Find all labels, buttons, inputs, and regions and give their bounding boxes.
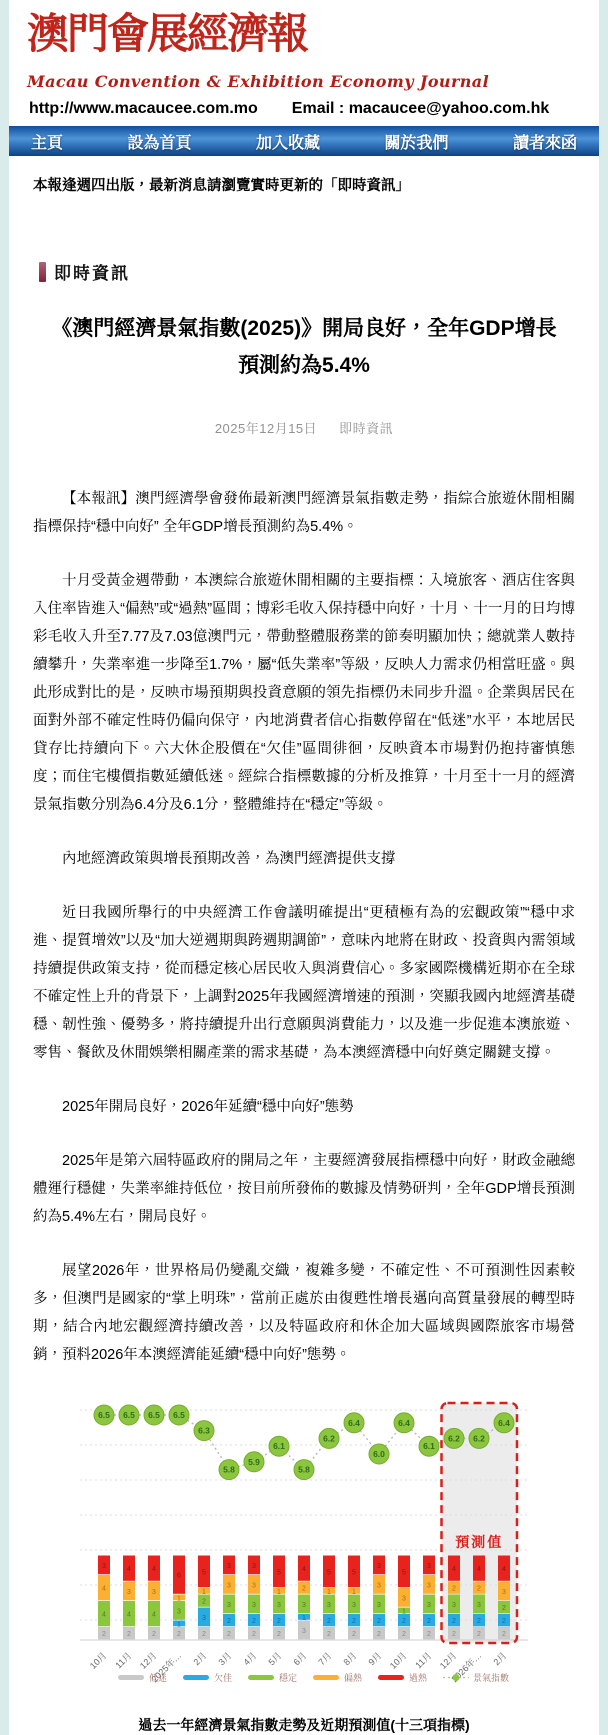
article-paragraph: 2025年是第六屆特區政府的開局之年，主要經濟發展指標穩中向好，財政金融總體運行…: [33, 1147, 575, 1231]
svg-text:2: 2: [452, 1586, 456, 1593]
svg-text:2: 2: [477, 1631, 481, 1638]
trend-chart-svg: 2443243424342131623215223332233322315313…: [59, 1395, 549, 1693]
svg-text:11月: 11月: [413, 1650, 433, 1670]
svg-text:3: 3: [502, 1589, 506, 1596]
svg-text:3月: 3月: [216, 1650, 233, 1667]
svg-text:2: 2: [502, 1605, 506, 1612]
svg-text:9月: 9月: [366, 1650, 383, 1667]
section-title: 即時資訊: [54, 259, 130, 284]
svg-text:4: 4: [452, 1566, 456, 1573]
svg-text:2: 2: [202, 1599, 206, 1606]
svg-text:3: 3: [252, 1582, 256, 1589]
svg-text:2: 2: [477, 1618, 481, 1625]
contact-line: http://www.macaucee.com.mo Email : macau…: [27, 91, 581, 126]
svg-text:10月: 10月: [388, 1650, 409, 1671]
article-paragraph: 內地經濟政策與增長預期改善，為澳門經濟提供支撐: [33, 845, 575, 873]
article-date: 2025年12月15日: [215, 418, 317, 437]
publication-notice: 本報逢週四出版，最新消息請瀏覽實時更新的「即時資訊」: [33, 174, 575, 195]
svg-text:5.8: 5.8: [223, 1465, 235, 1475]
svg-text:景氣指數: 景氣指數: [473, 1672, 509, 1683]
nav-item-home[interactable]: 主頁: [31, 130, 63, 153]
svg-text:6.4: 6.4: [398, 1418, 410, 1428]
svg-text:5: 5: [327, 1569, 331, 1576]
svg-text:2: 2: [377, 1618, 381, 1625]
svg-text:2: 2: [452, 1631, 456, 1638]
svg-text:1: 1: [177, 1595, 181, 1602]
svg-text:4: 4: [152, 1566, 156, 1573]
svg-text:6.5: 6.5: [148, 1410, 160, 1420]
svg-text:2: 2: [202, 1631, 206, 1638]
article-meta: 2025年12月15日 即時資訊: [9, 418, 599, 437]
article-paragraph: 近日我國所舉行的中央經濟工作會議明確提出“更積極有為的宏觀政策”“穩中求進、提質…: [33, 899, 575, 1067]
article-paragraph: 十月受黃金週帶動，本澳綜合旅遊休閒相關的主要指標：入境旅客、酒店住客與入住率皆進…: [33, 567, 575, 819]
svg-text:4: 4: [152, 1612, 156, 1619]
svg-text:2: 2: [402, 1618, 406, 1625]
svg-text:3: 3: [152, 1589, 156, 1596]
svg-text:4: 4: [102, 1586, 106, 1593]
svg-text:2月: 2月: [491, 1650, 508, 1667]
svg-text:2: 2: [402, 1631, 406, 1638]
svg-text:1: 1: [177, 1621, 181, 1628]
svg-text:6.2: 6.2: [323, 1433, 335, 1443]
journal-logo-english: Macau Convention & Exhibition Economy Jo…: [27, 72, 581, 91]
svg-text:2: 2: [327, 1631, 331, 1638]
svg-text:4月: 4月: [241, 1650, 258, 1667]
svg-text:1: 1: [202, 1589, 206, 1596]
svg-text:3: 3: [102, 1563, 106, 1570]
svg-text:5.8: 5.8: [298, 1465, 310, 1475]
svg-text:3: 3: [127, 1589, 131, 1596]
svg-text:2: 2: [427, 1631, 431, 1638]
svg-text:12月: 12月: [138, 1650, 159, 1671]
svg-text:6.1: 6.1: [273, 1441, 285, 1451]
svg-text:6.5: 6.5: [173, 1410, 185, 1420]
svg-text:1: 1: [402, 1608, 406, 1615]
article-body: 【本報訊】澳門經濟學會發佈最新澳門經濟景氣指數走勢，指綜合旅遊休閒相關指標保持“…: [33, 485, 575, 1369]
svg-text:3: 3: [377, 1582, 381, 1589]
svg-text:1: 1: [327, 1589, 331, 1596]
svg-text:5: 5: [202, 1569, 206, 1576]
svg-text:6.1: 6.1: [423, 1441, 435, 1451]
article-paragraph: 2025年開局良好，2026年延續“穩中向好”態勢: [33, 1093, 575, 1121]
svg-text:3: 3: [427, 1582, 431, 1589]
svg-text:2: 2: [477, 1586, 481, 1593]
trend-chart: 2443243424342131623215223332233322315313…: [54, 1395, 554, 1735]
svg-text:3: 3: [302, 1628, 306, 1635]
svg-text:4: 4: [477, 1566, 481, 1573]
svg-text:3: 3: [252, 1602, 256, 1609]
svg-text:2: 2: [177, 1631, 181, 1638]
svg-text:2: 2: [427, 1618, 431, 1625]
chart-caption: 過去一年經濟景氣指數走勢及近期預測值(十三項指標): [54, 1715, 554, 1735]
svg-text:2: 2: [152, 1631, 156, 1638]
svg-text:3: 3: [227, 1582, 231, 1589]
svg-text:3: 3: [452, 1602, 456, 1609]
nav-item-add-favorites[interactable]: 加入收藏: [256, 130, 320, 153]
svg-text:偏熱: 偏熱: [344, 1672, 363, 1683]
svg-text:3: 3: [427, 1602, 431, 1609]
svg-text:12月: 12月: [438, 1650, 459, 1671]
svg-text:2: 2: [377, 1631, 381, 1638]
svg-text:3: 3: [227, 1563, 231, 1570]
svg-text:3: 3: [402, 1595, 406, 1602]
svg-text:2: 2: [227, 1618, 231, 1625]
svg-text:5.9: 5.9: [248, 1457, 260, 1467]
svg-text:3: 3: [277, 1602, 281, 1609]
svg-text:6.3: 6.3: [198, 1426, 210, 1436]
section-marker-icon: [39, 262, 46, 282]
svg-text:2: 2: [502, 1618, 506, 1625]
svg-text:穩定: 穩定: [279, 1672, 297, 1683]
svg-text:6月: 6月: [291, 1650, 308, 1667]
svg-text:2: 2: [252, 1631, 256, 1638]
svg-text:6.4: 6.4: [348, 1418, 360, 1428]
svg-text:預測值: 預測值: [455, 1534, 503, 1550]
svg-text:3: 3: [202, 1615, 206, 1622]
svg-text:6.4: 6.4: [498, 1418, 510, 1428]
svg-text:2: 2: [277, 1631, 281, 1638]
nav-item-set-homepage[interactable]: 設為首頁: [127, 130, 191, 153]
svg-text:6.2: 6.2: [448, 1433, 460, 1443]
website-url: http://www.macaucee.com.mo: [29, 100, 258, 118]
svg-text:3: 3: [477, 1602, 481, 1609]
svg-text:3: 3: [427, 1563, 431, 1570]
nav-item-about-us[interactable]: 關於我們: [384, 130, 448, 153]
content-column: 澳門會展經濟報 澳門會展經濟報 Macau Convention & Exhib…: [9, 0, 599, 1735]
svg-text:6.0: 6.0: [373, 1449, 385, 1459]
svg-text:2: 2: [127, 1631, 131, 1638]
article-paragraph: 【本報訊】澳門經濟學會發佈最新澳門經濟景氣指數走勢，指綜合旅遊休閒相關指標保持“…: [33, 485, 575, 541]
svg-text:6.2: 6.2: [473, 1433, 485, 1443]
svg-text:2: 2: [352, 1631, 356, 1638]
svg-text:2: 2: [102, 1631, 106, 1638]
main-nav: 主頁 設為首頁 加入收藏 關於我們 讀者來函: [9, 126, 599, 156]
svg-text:3: 3: [377, 1563, 381, 1570]
svg-text:2: 2: [227, 1631, 231, 1638]
svg-text:8月: 8月: [341, 1650, 358, 1667]
svg-text:4: 4: [502, 1566, 506, 1573]
svg-text:2月: 2月: [191, 1650, 208, 1667]
svg-text:2: 2: [252, 1618, 256, 1625]
svg-text:1: 1: [277, 1589, 281, 1596]
svg-text:4: 4: [127, 1566, 131, 1573]
svg-text:5: 5: [402, 1569, 406, 1576]
journal-logo: 澳門會展經濟報: [27, 12, 581, 56]
svg-text:3: 3: [302, 1602, 306, 1609]
section-header: 即時資訊: [39, 259, 599, 284]
nav-item-reader-letters[interactable]: 讀者來函: [513, 130, 577, 153]
article-title: 《澳門經濟景氣指數(2025)》開局良好，全年GDP增長預測約為5.4%: [45, 310, 563, 384]
svg-text:1: 1: [302, 1615, 306, 1622]
masthead: 澳門會展經濟報 澳門會展經濟報 Macau Convention & Exhib…: [9, 0, 599, 126]
svg-text:4: 4: [127, 1612, 131, 1619]
svg-text:2: 2: [502, 1631, 506, 1638]
svg-text:2: 2: [277, 1618, 281, 1625]
svg-text:6.5: 6.5: [98, 1410, 110, 1420]
svg-text:6.5: 6.5: [123, 1410, 135, 1420]
svg-text:1: 1: [352, 1589, 356, 1596]
svg-text:3: 3: [252, 1563, 256, 1570]
page: 澳門會展經濟報 澳門會展經濟報 Macau Convention & Exhib…: [0, 0, 608, 1735]
article-category: 即時資訊: [339, 418, 393, 437]
svg-text:過熱: 過熱: [409, 1672, 428, 1683]
svg-text:2: 2: [302, 1586, 306, 1593]
svg-text:6: 6: [177, 1573, 181, 1580]
svg-text:低迷: 低迷: [149, 1672, 167, 1683]
svg-text:3: 3: [227, 1602, 231, 1609]
svg-text:3: 3: [352, 1602, 356, 1609]
svg-text:欠佳: 欠佳: [214, 1672, 232, 1683]
svg-text:5: 5: [352, 1569, 356, 1576]
svg-text:4: 4: [102, 1612, 106, 1619]
svg-text:2: 2: [352, 1618, 356, 1625]
svg-text:5: 5: [277, 1569, 281, 1576]
article-paragraph: 展望2026年，世界格局仍變亂交織，複雜多變，不確定性、不可預測性因素較多，但澳…: [33, 1257, 575, 1369]
svg-text:5月: 5月: [266, 1650, 283, 1667]
svg-text:2: 2: [452, 1618, 456, 1625]
svg-text:3: 3: [177, 1608, 181, 1615]
svg-text:10月: 10月: [88, 1650, 109, 1671]
svg-text:7月: 7月: [316, 1650, 333, 1667]
svg-text:4: 4: [302, 1566, 306, 1573]
email-address: Email : macaucee@yahoo.com.hk: [292, 100, 549, 118]
svg-text:3: 3: [377, 1602, 381, 1609]
svg-text:2: 2: [327, 1618, 331, 1625]
svg-text:11月: 11月: [113, 1650, 133, 1670]
svg-text:3: 3: [327, 1602, 331, 1609]
